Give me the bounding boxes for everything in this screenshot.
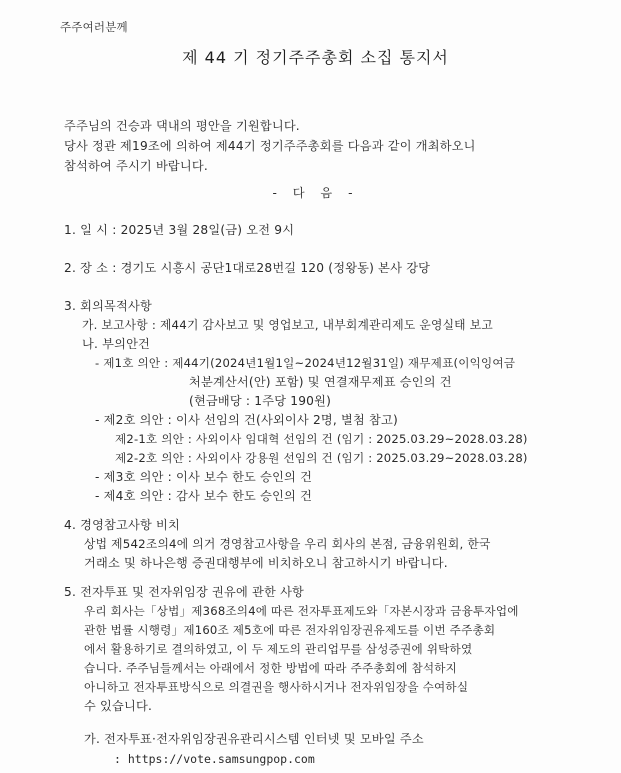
- evoting-url[interactable]: : https://vote.samsungpop.com: [114, 751, 315, 767]
- agenda-item-1-cont: 처분계산서(안) 포함) 및 연결재무제표 승인의 건: [189, 374, 452, 390]
- agenda-report: 가. 보고사항 : 제44기 감사보고 및 영업보고, 내부회계관리제도 운영실…: [82, 317, 493, 333]
- separator: - 다 음 -: [0, 185, 621, 201]
- agenda-item-4: - 제4호 의안 : 감사 보수 한도 승인의 건: [95, 488, 312, 504]
- evoting-body-6: 수 있습니다.: [84, 698, 152, 714]
- agenda-item-1-dividend: (현금배당 : 1주당 190원): [189, 393, 331, 409]
- evoting-body-1: 우리 회사는「상법」제368조의4에 따른 전자투표제도와「자본시장과 금융투자…: [84, 603, 519, 619]
- resolution-heading: 나. 부의안건: [82, 336, 150, 352]
- evoting-system-heading: 가. 전자투표·전자위임장권유관리시스템 인터넷 및 모바일 주소: [84, 731, 424, 747]
- intro-line-3: 참석하여 주시기 바랍니다.: [64, 158, 208, 174]
- intro-line-2: 당사 정관 제19조에 의하여 제44기 정기주주총회를 다음과 같이 개최하오…: [64, 138, 476, 154]
- document-title: 제 44 기 정기주주총회 소집 통지서: [0, 47, 621, 69]
- evoting-body-2: 관한 법률 시행령」제160조 제5호에 따른 전자위임장권유제도를 이번 주주…: [84, 622, 495, 638]
- intro-line-1: 주주님의 건승과 댁내의 평안을 기원합니다.: [64, 118, 300, 134]
- evoting-body-5: 아니하고 전자투표방식으로 의결권을 행사하시거나 전자위임장을 수여하실: [84, 679, 468, 695]
- reference-heading: 4. 경영참고사항 비치: [64, 517, 180, 533]
- evoting-body-3: 에서 활용하기로 결의하였고, 이 두 제도의 관리업무를 삼성증권에 위탁하였: [84, 641, 472, 657]
- agenda-item-1: - 제1호 의안 : 제44기(2024년1월1일~2024년12월31일) 재…: [95, 355, 515, 371]
- salutation: 주주여러분께: [60, 19, 128, 35]
- agenda-item-2: - 제2호 의안 : 이사 선임의 건(사외이사 2명, 별첨 참고): [95, 412, 398, 428]
- reference-body-1: 상법 제542조의4에 의거 경영참고사항을 우리 회사의 본점, 금융위원회,…: [84, 536, 491, 552]
- agenda-item-3: - 제3호 의안 : 이사 보수 한도 승인의 건: [95, 469, 312, 485]
- meeting-venue: 2. 장 소 : 경기도 시흥시 공단1대로28번길 120 (정왕동) 본사 …: [64, 260, 430, 276]
- agenda-item-2-1: 제2-1호 의안 : 사외이사 임대혁 선임의 건 (임기 : 2025.03.…: [115, 431, 528, 447]
- agenda-item-2-2: 제2-2호 의안 : 사외이사 강용원 선임의 건 (임기 : 2025.03.…: [115, 450, 528, 466]
- evoting-body-4: 습니다. 주주님들께서는 아래에서 정한 방법에 따라 주주총회에 참석하지: [84, 660, 457, 676]
- notice-document: 주주여러분께 제 44 기 정기주주총회 소집 통지서 주주님의 건승과 댁내의…: [0, 0, 621, 773]
- agenda-heading: 3. 회의목적사항: [64, 298, 152, 314]
- evoting-heading: 5. 전자투표 및 전자위임장 권유에 관한 사항: [64, 584, 304, 600]
- meeting-datetime: 1. 일 시 : 2025년 3월 28일(금) 오전 9시: [64, 222, 294, 238]
- reference-body-2: 거래소 및 하나은행 증권대행부에 비치하오니 참고하시기 바랍니다.: [84, 555, 448, 571]
